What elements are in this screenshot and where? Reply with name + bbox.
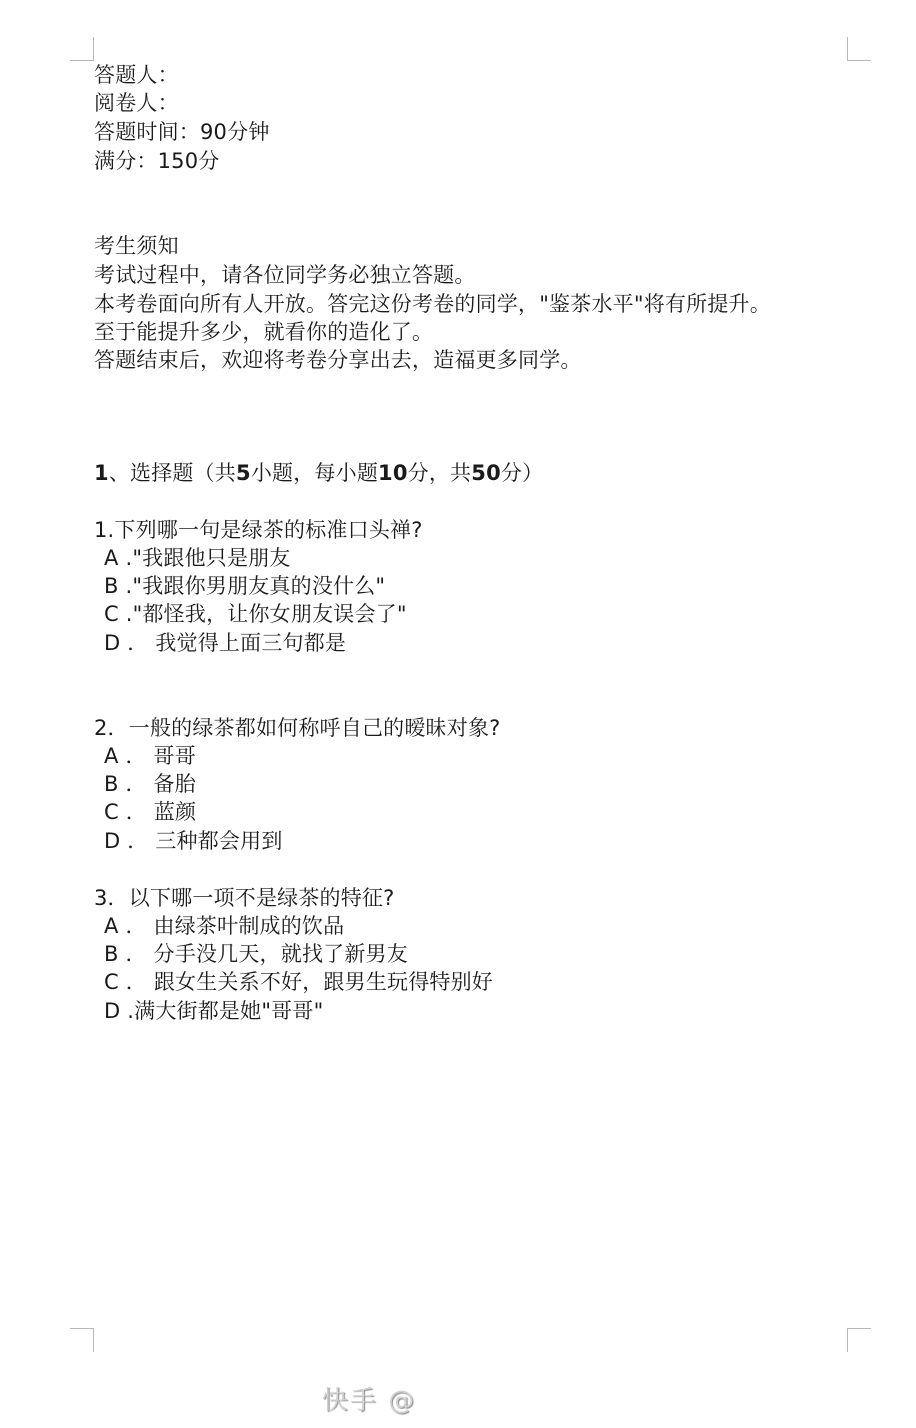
section-heading: 1、选择题（共5小题，每小题10分，共50分） (94, 459, 543, 487)
margin-corner-bottom-left (70, 1328, 94, 1352)
question-option: C ． 蓝颜 (104, 798, 196, 826)
question-option: B ． 分手没几天，就找了新男友 (104, 940, 408, 968)
question-option: D .满大街都是她"哥哥" (104, 997, 323, 1025)
question-option: B ． 备胎 (104, 770, 196, 798)
question-option: A ． 哥哥 (104, 742, 196, 770)
notice-line: 考试过程中，请各位同学务必独立答题。 (94, 261, 476, 289)
question-option: A ."我跟他只是朋友 (104, 544, 291, 572)
section-text: 小题，每小题 (251, 461, 378, 485)
section-total-score: 50 (471, 461, 501, 485)
notice-title: 考生须知 (94, 232, 179, 260)
question-option: A ． 由绿茶叶制成的饮品 (104, 912, 344, 940)
section-text: 、选择题（共 (109, 461, 236, 485)
question-count: 5 (236, 461, 251, 485)
question-option: B ."我跟你男朋友真的没什么" (104, 572, 385, 600)
margin-corner-bottom-right (847, 1328, 871, 1352)
question-prompt: 2．一般的绿茶都如何称呼自己的暧昧对象? (94, 714, 501, 742)
question-prompt: 3．以下哪一项不是绿茶的特征? (94, 884, 395, 912)
answerer-label: 答题人： (94, 61, 179, 89)
question-option: D ． 我觉得上面三句都是 (104, 629, 346, 657)
notice-line: 至于能提升多少，就看你的造化了。 (94, 318, 433, 346)
margin-corner-top-left (70, 37, 94, 61)
margin-corner-top-right (847, 37, 871, 61)
question-option: C ． 跟女生关系不好，跟男生玩得特别好 (104, 968, 493, 996)
kuaishou-watermark: 快手 @ (322, 1380, 416, 1417)
exam-time: 答题时间：90分钟 (94, 118, 270, 146)
section-number: 1 (94, 461, 109, 485)
full-score: 满分：150分 (94, 147, 219, 175)
question-prompt: 1.下列哪一句是绿茶的标准口头禅? (94, 516, 423, 544)
section-text: 分） (501, 461, 543, 485)
question-option: D ． 三种都会用到 (104, 827, 283, 855)
grader-label: 阅卷人： (94, 89, 179, 117)
question-option: C ."都怪我，让你女朋友误会了" (104, 600, 407, 628)
per-question-score: 10 (378, 461, 408, 485)
section-text: 分，共 (408, 461, 472, 485)
notice-line: 本考卷面向所有人开放。答完这份考卷的同学，"鉴茶水平"将有所提升。 (94, 290, 771, 318)
notice-line: 答题结束后，欢迎将考卷分享出去，造福更多同学。 (94, 346, 582, 374)
